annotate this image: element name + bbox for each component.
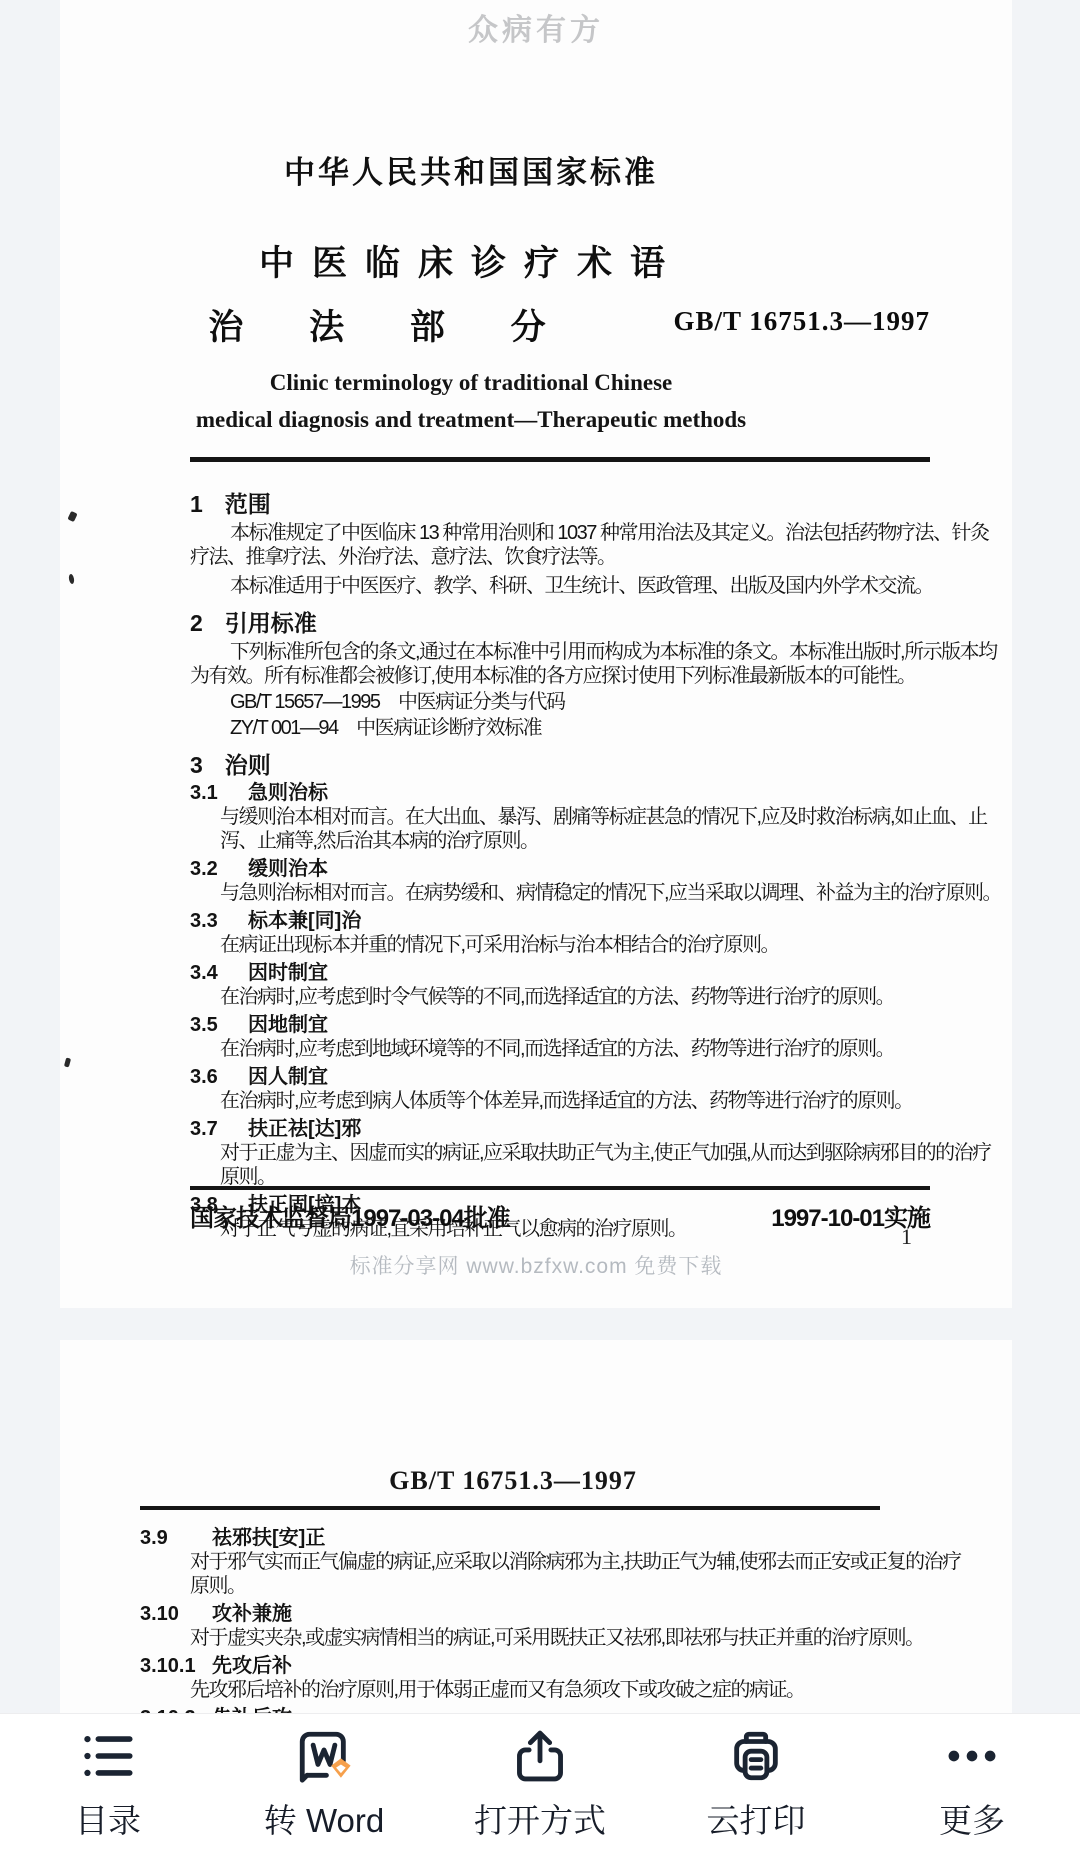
section-num: 1: [190, 491, 203, 517]
clause-definition: 在治病时,应考虑到地域环境等的不同,而选择适宜的方法、药物等进行治疗的原则。: [220, 1037, 1004, 1061]
toolbar-label: 目录: [75, 1795, 141, 1842]
toolbar-label: 更多: [939, 1795, 1005, 1842]
clause-definition: 先攻邪后培补的治疗原则,用于体弱正虚而又有急须攻下或攻破之症的病证。: [190, 1678, 972, 1702]
clause-num: 3.10.1: [140, 1654, 198, 1678]
clause-definition: 对于邪气实而正气偏虚的病证,应采取以消除病邪为主,扶助正气为辅,使邪去而正安或正…: [190, 1550, 972, 1598]
scan-speck: [67, 511, 77, 522]
clause-num: 3.6: [190, 1065, 234, 1089]
clause-num: 3.3: [190, 909, 234, 933]
bottom-toolbar: 目录 转 Word 打开方式: [0, 1713, 1080, 1861]
section-title: 治则: [225, 752, 271, 778]
toolbar-item-cloud-print[interactable]: 云打印: [648, 1714, 864, 1861]
paragraph: 本标准适用于中医医疗、教学、科研、卫生统计、医政管理、出版及国内外学术交流。: [190, 574, 1004, 598]
section-3-heading: 3治则: [190, 753, 1004, 777]
clause-num: 3.1: [190, 781, 234, 805]
document-page-1[interactable]: 众病有方 中华人民共和国国家标准 中医临床诊疗术语 治 法 部 分 GB/T 1…: [60, 0, 1012, 1308]
doc-subtitle-row: 治 法 部 分 GB/T 16751.3—1997: [60, 300, 1012, 344]
section-1-heading: 1范围: [190, 492, 1004, 516]
footer-divider-rule: [190, 1186, 930, 1190]
clause-heading: 3.10攻补兼施: [140, 1602, 972, 1626]
scan-speck: [64, 1058, 71, 1068]
section-num: 2: [190, 610, 203, 636]
standard-number: GB/T 16751.3—1997: [673, 306, 930, 337]
approval-text: 国家技术监督局1997-03-04批准: [190, 1198, 510, 1233]
clause-definition: 在治病时,应考虑到时令气候等的不同,而选择适宜的方法、药物等进行治疗的原则。: [220, 985, 1004, 1009]
title-divider-rule: [190, 457, 930, 462]
doc-title-cn: 中医临床诊疗术语: [60, 236, 1012, 286]
page2-header-rule: [140, 1506, 880, 1510]
cloud-print-icon: [727, 1727, 785, 1785]
toolbar-label: 打开方式: [474, 1795, 606, 1842]
word-convert-icon: [295, 1727, 353, 1785]
reference-item: GB/T 15657—1995 中医病证分类与代码: [190, 690, 1004, 714]
section-title: 引用标准: [225, 610, 317, 636]
clause-num: 3.10: [140, 1602, 198, 1626]
toolbar-item-convert-word[interactable]: 转 Word: [216, 1714, 432, 1861]
clause-title: 因地制宜: [248, 1014, 328, 1036]
doc-title-en-line2: medical diagnosis and treatment—Therapeu…: [60, 407, 1012, 433]
clause-definition: 对于正虚为主、因虚而实的病证,应采取扶助正气为主,使正气加强,从而达到驱除病邪目…: [220, 1141, 1004, 1189]
paragraph: 下列标准所包含的条文,通过在本标准中引用而构成为本标准的条文。本标准出版时,所示…: [190, 640, 1004, 688]
doc-title-en-line1: Clinic terminology of traditional Chines…: [60, 370, 1012, 396]
clause-num: 3.9: [140, 1526, 198, 1550]
clause-title: 急则治标: [248, 782, 328, 804]
document-page-2[interactable]: GB/T 16751.3—1997 3.9祛邪扶[安]正 对于邪气实而正气偏虚的…: [60, 1340, 1012, 1713]
standard-label: 中华人民共和国国家标准: [60, 147, 1012, 192]
footer-row: 国家技术监督局1997-03-04批准 1997-10-01实施: [190, 1198, 930, 1233]
paragraph: 本标准规定了中医临床 13 种常用治则和 1037 种常用治法及其定义。治法包括…: [190, 521, 1004, 569]
share-site-watermark: 标准分享网 www.bzfxw.com 免费下载: [60, 1250, 1012, 1280]
clause-title: 祛邪扶[安]正: [212, 1527, 325, 1549]
clause-title: 因时制宜: [248, 962, 328, 984]
section-num: 3: [190, 752, 203, 778]
clause-heading: 3.10.2先补后攻: [140, 1706, 972, 1713]
clause-num: 3.2: [190, 857, 234, 881]
clause-num: 3.5: [190, 1013, 234, 1037]
more-dots-icon: [943, 1727, 1001, 1785]
reference-item: ZY/T 001—94 中医病证诊断疗效标准: [190, 716, 1004, 740]
clause-num: 3.10.2: [140, 1706, 198, 1713]
clause-title: 标本兼[同]治: [248, 910, 361, 932]
toolbar-label: 云打印: [707, 1795, 806, 1842]
clause-definition: 在治病时,应考虑到病人体质等个体差异,而选择适宜的方法、药物等进行治疗的原则。: [220, 1089, 1004, 1113]
clause-heading: 3.2缓则治本: [190, 857, 1004, 881]
open-with-share-icon: [511, 1727, 569, 1785]
toolbar-label: 转 Word: [264, 1795, 384, 1842]
clause-title: 攻补兼施: [212, 1603, 292, 1625]
clause-num: 3.4: [190, 961, 234, 985]
page2-content: 3.9祛邪扶[安]正 对于邪气实而正气偏虚的病证,应采取以消除病邪为主,扶助正气…: [140, 1526, 972, 1713]
toolbar-item-more[interactable]: 更多: [864, 1714, 1080, 1861]
clause-title: 因人制宜: [248, 1066, 328, 1088]
clause-num: 3.7: [190, 1117, 234, 1141]
toolbar-item-toc[interactable]: 目录: [0, 1714, 216, 1861]
clause-definition: 与急则治标相对而言。在病势缓和、病情稳定的情况下,应当采取以调理、补益为主的治疗…: [220, 881, 1004, 905]
clause-heading: 3.1急则治标: [190, 781, 1004, 805]
clause-title: 扶正祛[达]邪: [248, 1118, 361, 1140]
clause-heading: 3.6因人制宜: [190, 1065, 1004, 1089]
section-2-heading: 2引用标准: [190, 611, 1004, 635]
clause-definition: 对于虚实夹杂,或虚实病情相当的病证,可采用既扶正又祛邪,即祛邪与扶正并重的治疗原…: [190, 1626, 972, 1650]
clause-definition: 与缓则治本相对而言。在大出血、暴泻、剧痛等标症甚急的情况下,应及时救治标病,如止…: [220, 805, 1004, 853]
toolbar-item-open-with[interactable]: 打开方式: [432, 1714, 648, 1861]
clause-heading: 3.4因时制宜: [190, 961, 1004, 985]
clause-heading: 3.3标本兼[同]治: [190, 909, 1004, 933]
clause-heading: 3.7扶正祛[达]邪: [190, 1117, 1004, 1141]
clause-title: 先攻后补: [212, 1655, 292, 1677]
toc-list-icon: [79, 1727, 137, 1785]
clause-heading: 3.9祛邪扶[安]正: [140, 1526, 972, 1550]
clause-title: 缓则治本: [248, 858, 328, 880]
clause-definition: 在病证出现标本并重的情况下,可采用治标与治本相结合的治疗原则。: [220, 933, 1004, 957]
page-number: 1: [901, 1224, 912, 1250]
page1-content: 1范围 本标准规定了中医临床 13 种常用治则和 1037 种常用治法及其定义。…: [190, 492, 1004, 1241]
section-title: 范围: [225, 491, 271, 517]
top-watermark: 众病有方: [60, 0, 1012, 49]
clause-heading: 3.5因地制宜: [190, 1013, 1004, 1037]
clause-heading: 3.10.1先攻后补: [140, 1654, 972, 1678]
page2-header-standard-number: GB/T 16751.3—1997: [60, 1466, 1012, 1496]
scan-speck: [68, 574, 75, 585]
